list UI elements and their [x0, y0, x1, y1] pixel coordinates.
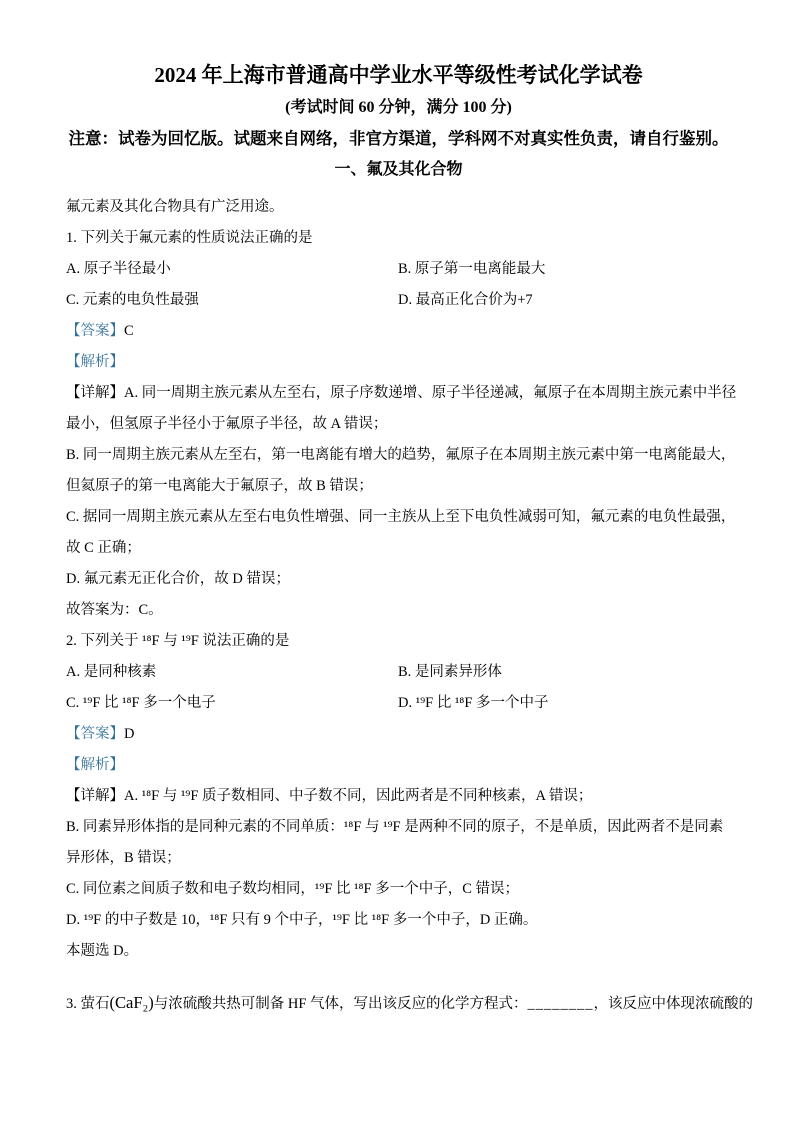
q1-explanation-line-5: C. 据同一周期主族元素从左至右电负性增强、同一主族从上至下电负性减弱可知，氟元…	[66, 502, 731, 533]
q3-text-before: 3. 萤石	[66, 996, 110, 1012]
q3-stem: 3. 萤石(CaF₂)与浓硫酸共热可制备 HF 气体，写出该反应的化学方程式：_…	[66, 987, 731, 1020]
q2-conclusion: 本题选 D。	[66, 936, 731, 967]
q1-explanation-line-3: B. 同一周期主族元素从左至右，第一电离能有增大的趋势，氟原子在本周期主族元素中…	[66, 440, 731, 471]
exam-document-page: 2024 年上海市普通高中学业水平等级性考试化学试卷 (考试时间 60 分钟，满…	[0, 0, 793, 1122]
q2-explanation-line-3: 异形体，B 错误；	[66, 843, 731, 874]
q1-explanation-line-2: 最小，但氢原子半径小于氟原子半径，故 A 错误；	[66, 409, 731, 440]
intro-text: 氟元素及其化合物具有广泛用途。	[66, 192, 731, 223]
q1-explanation-line-7: D. 氟元素无正化合价，故 D 错误；	[66, 564, 731, 595]
q1-explanation-line-6: 故 C 正确；	[66, 533, 731, 564]
q2-explanation-line-5: D. ¹⁹F 的中子数是 10，¹⁸F 只有 9 个中子，¹⁹F 比 ¹⁸F 多…	[66, 905, 731, 936]
q1-options-row-2: C. 元素的电负性最强 D. 最高正化合价为+7	[66, 285, 731, 316]
q1-analysis-label: 【解析】	[66, 347, 731, 378]
section-heading: 一、氟及其化合物	[66, 158, 731, 182]
q3-chemical-formula: (CaF₂)	[110, 993, 154, 1012]
q2-option-c: C. ¹⁹F 比 ¹⁸F 多一个电子	[66, 688, 398, 719]
q1-option-b: B. 原子第一电离能最大	[398, 254, 545, 285]
q1-explanation-line-1: 【详解】A. 同一周期主族元素从左至右，原子序数递增、原子半径递减，氟原子在本周…	[66, 378, 731, 409]
q2-options-row-1: A. 是同种核素 B. 是同素异形体	[66, 657, 731, 688]
q1-option-c: C. 元素的电负性最强	[66, 285, 398, 316]
q3-fill-in-blank: ________	[528, 996, 594, 1012]
q2-options-row-2: C. ¹⁹F 比 ¹⁸F 多一个电子 D. ¹⁹F 比 ¹⁸F 多一个中子	[66, 688, 731, 719]
q1-stem: 1. 下列关于氟元素的性质说法正确的是	[66, 223, 731, 254]
q1-conclusion: 故答案为：C。	[66, 595, 731, 626]
q1-option-a: A. 原子半径最小	[66, 254, 398, 285]
q2-answer-line: 【答案】D	[66, 719, 731, 750]
q2-option-a: A. 是同种核素	[66, 657, 398, 688]
q2-answer-value: D	[124, 726, 134, 742]
q1-option-d: D. 最高正化合价为+7	[398, 285, 533, 316]
q2-answer-label: 【答案】	[66, 726, 124, 742]
q1-explanation-line-4: 但氦原子的第一电离能大于氟原子，故 B 错误；	[66, 471, 731, 502]
q2-explanation-line-1: 【详解】A. ¹⁸F 与 ¹⁹F 质子数相同、中子数不同，因此两者是不同种核素，…	[66, 781, 731, 812]
q2-option-d: D. ¹⁹F 比 ¹⁸F 多一个中子	[398, 688, 549, 719]
q2-explanation-line-2: B. 同素异形体指的是同种元素的不同单质：¹⁸F 与 ¹⁹F 是两种不同的原子，…	[66, 812, 731, 843]
q2-analysis-label: 【解析】	[66, 750, 731, 781]
q2-option-b: B. 是同素异形体	[398, 657, 502, 688]
q1-options-row-1: A. 原子半径最小 B. 原子第一电离能最大	[66, 254, 731, 285]
q1-answer-label: 【答案】	[66, 323, 124, 339]
q2-explanation-line-4: C. 同位素之间质子数和电子数均相同，¹⁹F 比 ¹⁸F 多一个中子，C 错误；	[66, 874, 731, 905]
q1-answer-line: 【答案】C	[66, 316, 731, 347]
q3-text-middle: 与浓硫酸共热可制备 HF 气体，写出该反应的化学方程式：	[154, 996, 528, 1012]
q3-text-after: ，该反应中体现浓硫酸的	[594, 996, 754, 1012]
q1-answer-value: C	[124, 323, 134, 339]
page-title: 2024 年上海市普通高中学业水平等级性考试化学试卷	[66, 62, 731, 88]
q2-stem: 2. 下列关于 ¹⁸F 与 ¹⁹F 说法正确的是	[66, 626, 731, 657]
exam-info: (考试时间 60 分钟，满分 100 分)	[66, 96, 731, 120]
disclaimer-notice: 注意：试卷为回忆版。试题来自网络，非官方渠道，学科网不对真实性负责，请自行鉴别。	[66, 127, 731, 151]
